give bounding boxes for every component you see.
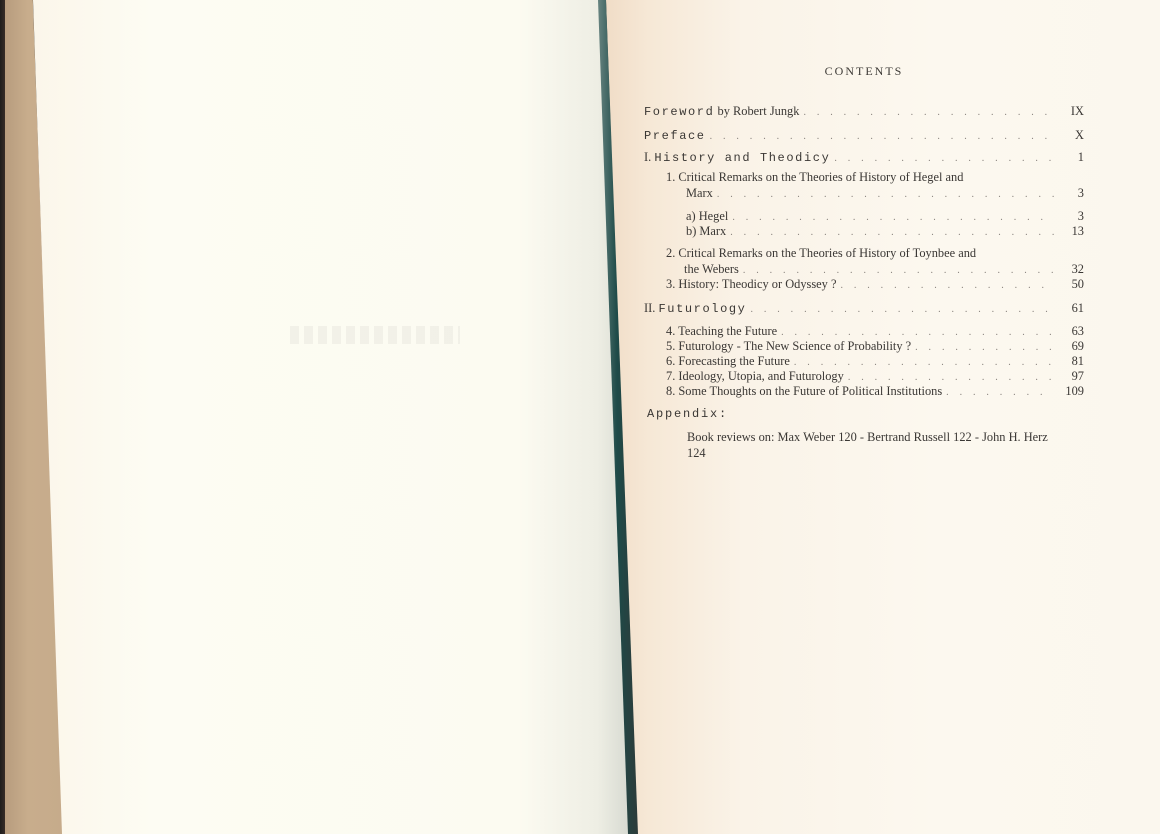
dot-leader: . . . . . . . . . . . . . . . . . . . . … <box>834 153 1054 164</box>
page-number: 32 <box>1058 262 1084 277</box>
dot-leader: . . . . . . . . . . . . . . . . . . . . … <box>794 357 1054 368</box>
toc-entry-preface: Preface . . . . . . . . . . . . . . . . … <box>644 128 1084 144</box>
toc-part-1: I. History and Theodicy . . . . . . . . … <box>644 150 1084 166</box>
dot-leader: . . . . . . . . . . . . . . . . . . . . … <box>750 304 1054 315</box>
page-number: 13 <box>1058 224 1084 239</box>
toc-chapter-8: 8. Some Thoughts on the Future of Politi… <box>666 384 1084 400</box>
dot-leader: . . . . . . . . . . . . . . . . . . . . … <box>848 372 1054 383</box>
left-page <box>30 0 640 834</box>
page-number: 3 <box>1058 209 1084 224</box>
dot-leader: . . . . . . . . . . . . . . . . . . . . … <box>732 212 1054 223</box>
toc-section-1b: b) Marx . . . . . . . . . . . . . . . . … <box>686 224 1084 240</box>
appendix-text: Book reviews on: Max Weber 120 - Bertran… <box>687 429 1067 461</box>
page-number: 109 <box>1058 384 1084 399</box>
dot-leader: . . . . . . . . . . . . . . . . . . . . … <box>710 131 1054 142</box>
toc-chapter-2-line1: 2. Critical Remarks on the Theories of H… <box>666 246 976 261</box>
dot-leader: . . . . . . . . . . . . . . . . . . . . … <box>717 189 1054 200</box>
page-number: 63 <box>1058 324 1084 339</box>
bleed-through-text <box>290 326 460 344</box>
toc-chapter-1: Marx . . . . . . . . . . . . . . . . . .… <box>686 186 1084 202</box>
toc-chapter-3: 3. History: Theodicy or Odyssey ? . . . … <box>666 277 1084 293</box>
page-number: 61 <box>1058 301 1084 316</box>
toc-chapter-6: 6. Forecasting the Future . . . . . . . … <box>666 354 1084 370</box>
toc-section-1a: a) Hegel . . . . . . . . . . . . . . . .… <box>686 209 1084 225</box>
page-number: 1 <box>1058 150 1084 165</box>
toc-entry-foreword: Foreword by Robert Jungk . . . . . . . .… <box>644 104 1084 120</box>
page-number: X <box>1058 128 1084 143</box>
page-number: 81 <box>1058 354 1084 369</box>
dot-leader: . . . . . . . . . . . . . . . . . . . . … <box>915 342 1054 353</box>
appendix-heading: Appendix: <box>647 407 728 421</box>
page-number: 3 <box>1058 186 1084 201</box>
dot-leader: . . . . . . . . . . . . . . . . . . . . … <box>730 227 1054 238</box>
dot-leader: . . . . . . . . . . . . . . . . . . . . … <box>781 327 1054 338</box>
dot-leader: . . . . . . . . . . . . . . . . . . . . … <box>743 265 1054 276</box>
dot-leader: . . . . . . . . . . . . . . . . . . . . … <box>946 387 1054 398</box>
contents-heading: CONTENTS <box>644 64 1084 79</box>
toc-chapter-4: 4. Teaching the Future . . . . . . . . .… <box>666 324 1084 340</box>
page-number: 69 <box>1058 339 1084 354</box>
page-number: 97 <box>1058 369 1084 384</box>
toc-chapter-5: 5. Futurology - The New Science of Proba… <box>666 339 1084 355</box>
page-number: IX <box>1058 104 1084 119</box>
toc-chapter-2: the Webers . . . . . . . . . . . . . . .… <box>684 262 1084 278</box>
page-number: 50 <box>1058 277 1084 292</box>
toc-part-2: II. Futurology . . . . . . . . . . . . .… <box>644 301 1084 317</box>
toc-chapter-7: 7. Ideology, Utopia, and Futurology . . … <box>666 369 1084 385</box>
dot-leader: . . . . . . . . . . . . . . . . . . . . … <box>840 280 1054 291</box>
book-spread: CONTENTS Foreword by Robert Jungk . . . … <box>0 0 1160 834</box>
dot-leader: . . . . . . . . . . . . . . . . . . . . … <box>803 107 1054 118</box>
toc-chapter-1-line1: 1. Critical Remarks on the Theories of H… <box>666 170 963 185</box>
